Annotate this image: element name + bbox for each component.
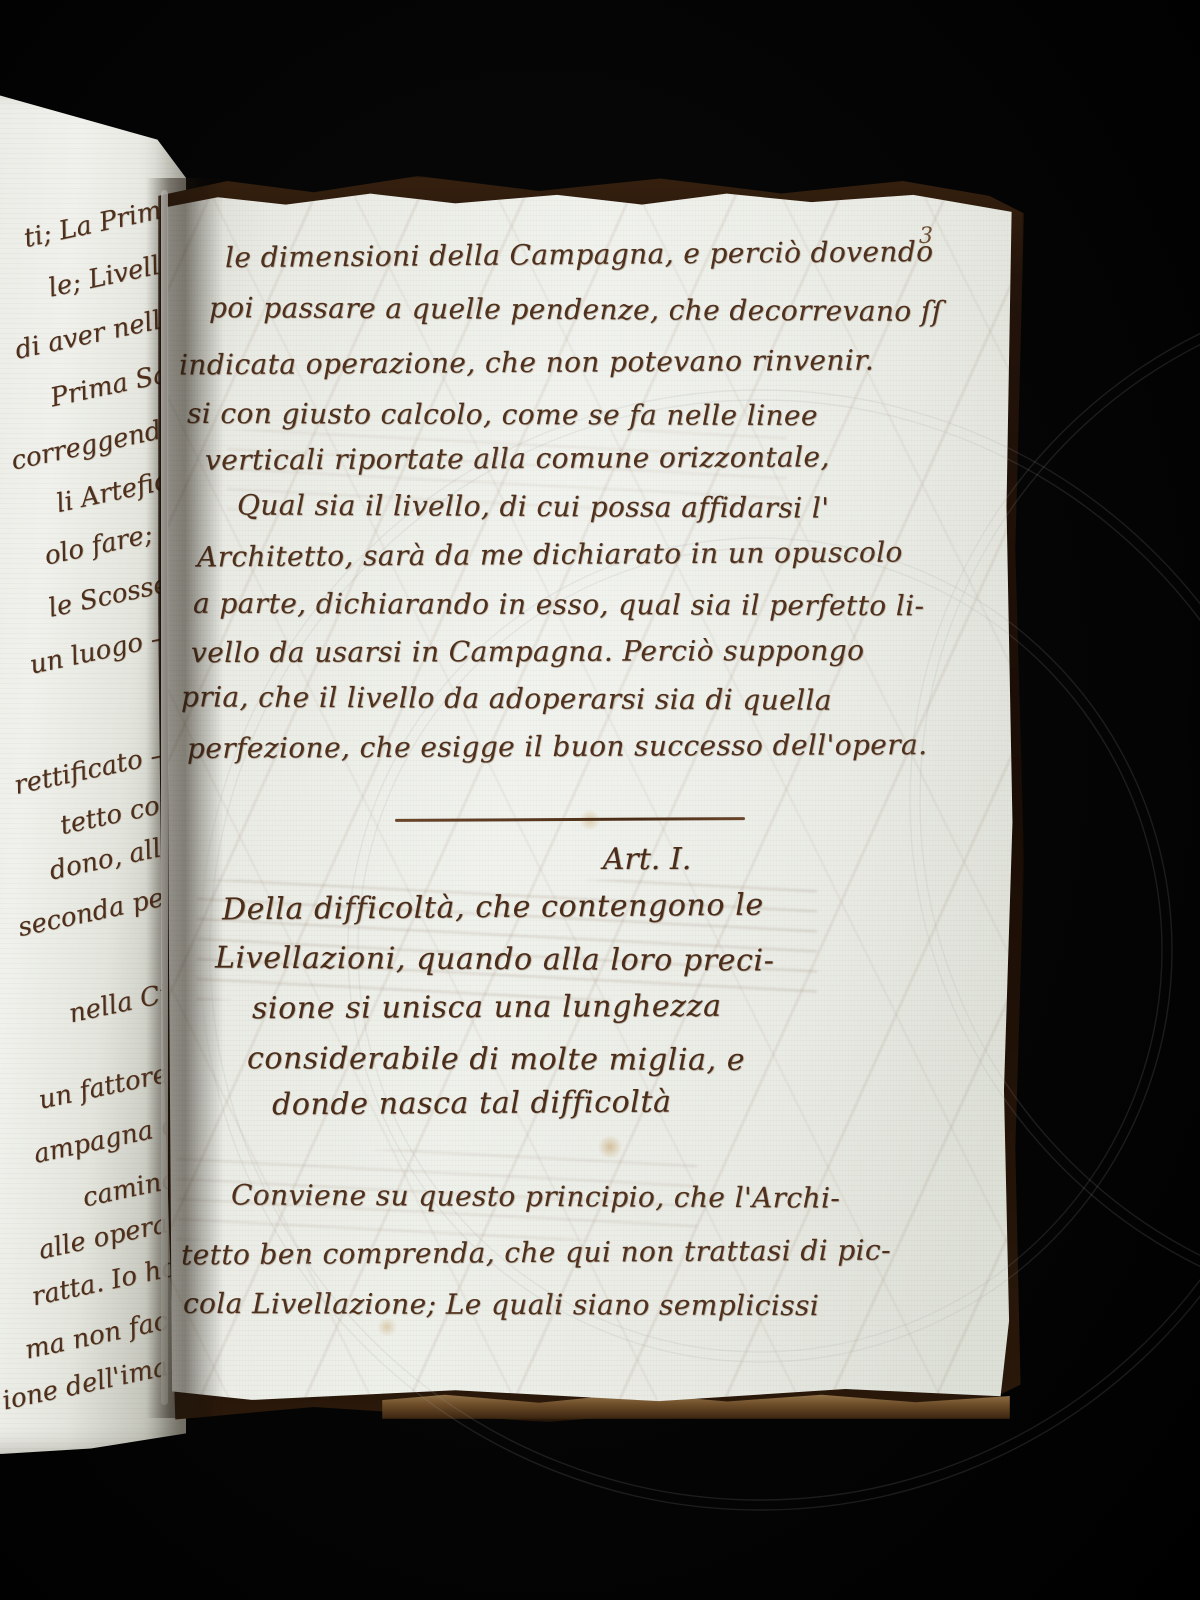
article-title-line: sione si unisca una lunghezza [252, 989, 722, 1026]
article-title-line: donde nasca tal difficoltà [272, 1085, 672, 1123]
foxing-spot [595, 1136, 625, 1158]
manuscript-line: pria, che il livello da adoperarsi sia d… [181, 680, 832, 716]
left-page-fragment: correggendo [8, 412, 179, 476]
fold-highlight [161, 190, 168, 1405]
article-heading: Art. I. [547, 842, 747, 877]
manuscript-line: poi passare a quelle pendenze, che decor… [209, 291, 943, 328]
manuscript-line: cola Livellazione; Le quali siano sempli… [183, 1287, 819, 1322]
manuscript-line: perfezione, che esigge il buon successo … [187, 728, 928, 765]
manuscript-line: indicata operazione, che non potevano ri… [179, 344, 874, 382]
manuscript-line: Qual sia il livello, di cui possa affida… [237, 488, 829, 524]
manuscript-line: si con giusto calcolo, come se fa nelle … [187, 397, 818, 432]
article-title-line: considerabile di molte miglia, e [247, 1041, 745, 1078]
left-page-fragment: ampagna e [31, 1110, 179, 1169]
manuscript-line: a parte, dichiarando in esso, qual sia i… [193, 587, 925, 623]
foxing-spot [375, 1318, 399, 1336]
article-title-line: Livellazioni, quando alla loro preci- [215, 941, 775, 979]
left-page-fragment: un fattore, [36, 1057, 179, 1115]
manuscript-line: verticali riportate alla comune orizzont… [205, 440, 830, 476]
manuscript-line: vello da usarsi in Campagna. Perciò supp… [191, 634, 864, 669]
right-page: 3 le dimensioni della Campagna, e perciò… [167, 190, 1015, 1406]
manuscript-line: tetto ben comprenda, che qui non trattas… [181, 1234, 891, 1272]
left-page-fragment: di aver nelle [13, 302, 179, 365]
manuscript-photo: ti; La Prima le; Livelli, di aver nelle … [0, 0, 1200, 1600]
left-page-fragment: un luogo — [27, 620, 179, 680]
article-title-line: Della difficoltà, che contengono le [222, 888, 764, 928]
left-page-fragment: seconda per [16, 880, 179, 943]
manuscript-line: Architetto, sarà da me dichiarato in un … [197, 536, 903, 574]
left-page-fragment: ti; La Prima [21, 192, 179, 254]
manuscript-line: Conviene su questo principio, che l'Arch… [231, 1178, 840, 1214]
manuscript-line: le dimensioni della Campagna, e perciò d… [225, 235, 934, 274]
